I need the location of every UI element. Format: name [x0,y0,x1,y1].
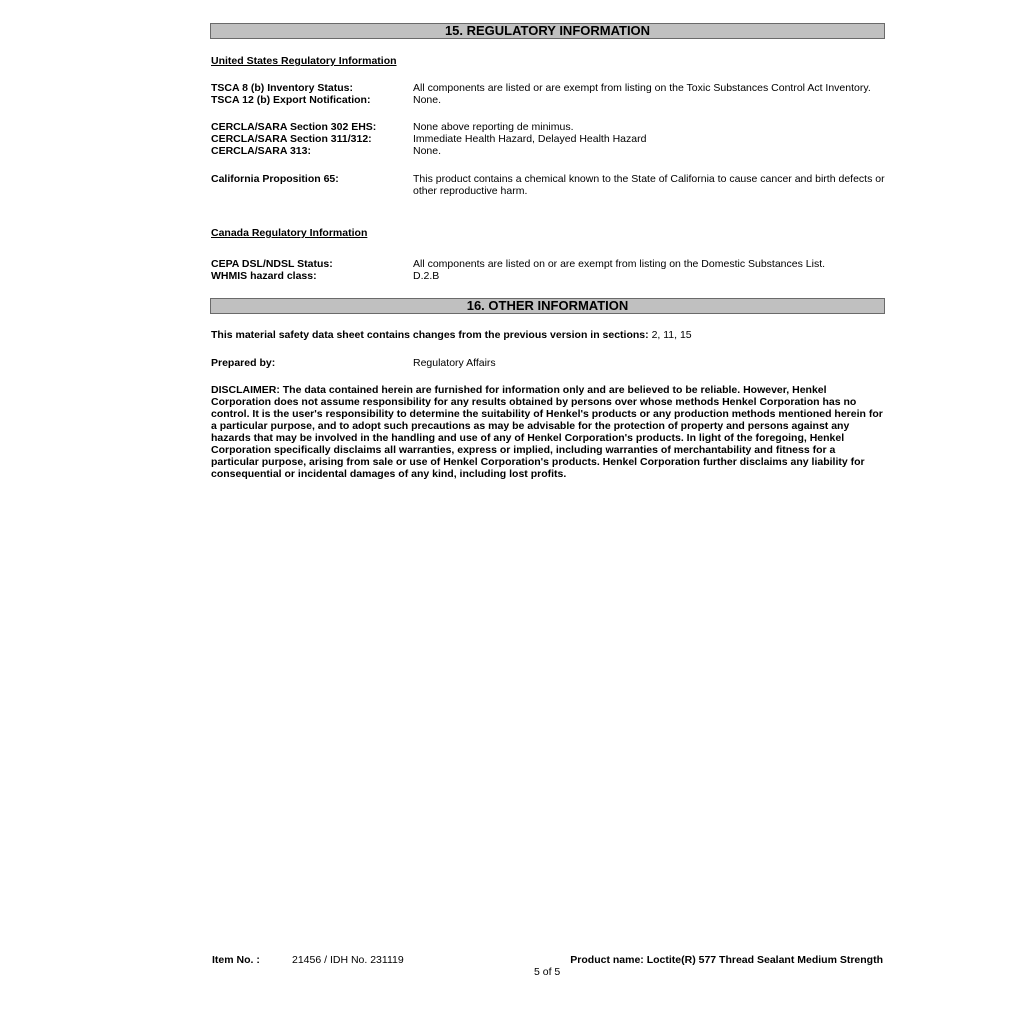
prop65-value: This product contains a chemical known t… [413,173,885,197]
changes-line: This material safety data sheet contains… [211,329,692,341]
cercla-311-label: CERCLA/SARA Section 311/312: [211,133,372,145]
prepared-by-value: Regulatory Affairs [413,357,496,369]
tsca-12b-value: None. [413,94,441,106]
item-number-label: Item No. : [212,954,260,966]
tsca-8b-value: All components are listed or are exempt … [413,82,871,94]
product-name: Product name: Loctite(R) 577 Thread Seal… [570,954,883,966]
page-number: 5 of 5 [534,966,560,978]
cepa-label: CEPA DSL/NDSL Status: [211,258,333,270]
cercla-313-label: CERCLA/SARA 313: [211,145,311,157]
cercla-311-value: Immediate Health Hazard, Delayed Health … [413,133,646,145]
prop65-label: California Proposition 65: [211,173,339,185]
canada-regulatory-heading: Canada Regulatory Information [211,227,367,239]
disclaimer-text: DISCLAIMER: The data contained herein ar… [211,384,885,480]
prepared-by-label: Prepared by: [211,357,275,369]
section-15-header: 15. REGULATORY INFORMATION [210,23,885,39]
cepa-value: All components are listed on or are exem… [413,258,825,270]
whmis-label: WHMIS hazard class: [211,270,317,282]
us-regulatory-heading: United States Regulatory Information [211,55,397,67]
cercla-313-value: None. [413,145,441,157]
section-16-header: 16. OTHER INFORMATION [210,298,885,314]
whmis-value: D.2.B [413,270,439,282]
item-number-value: 21456 / IDH No. 231119 [292,954,404,966]
changes-value: 2, 11, 15 [652,329,692,341]
changes-label: This material safety data sheet contains… [211,329,649,341]
cercla-302-label: CERCLA/SARA Section 302 EHS: [211,121,376,133]
tsca-12b-label: TSCA 12 (b) Export Notification: [211,94,370,106]
cercla-302-value: None above reporting de minimus. [413,121,574,133]
tsca-8b-label: TSCA 8 (b) Inventory Status: [211,82,353,94]
